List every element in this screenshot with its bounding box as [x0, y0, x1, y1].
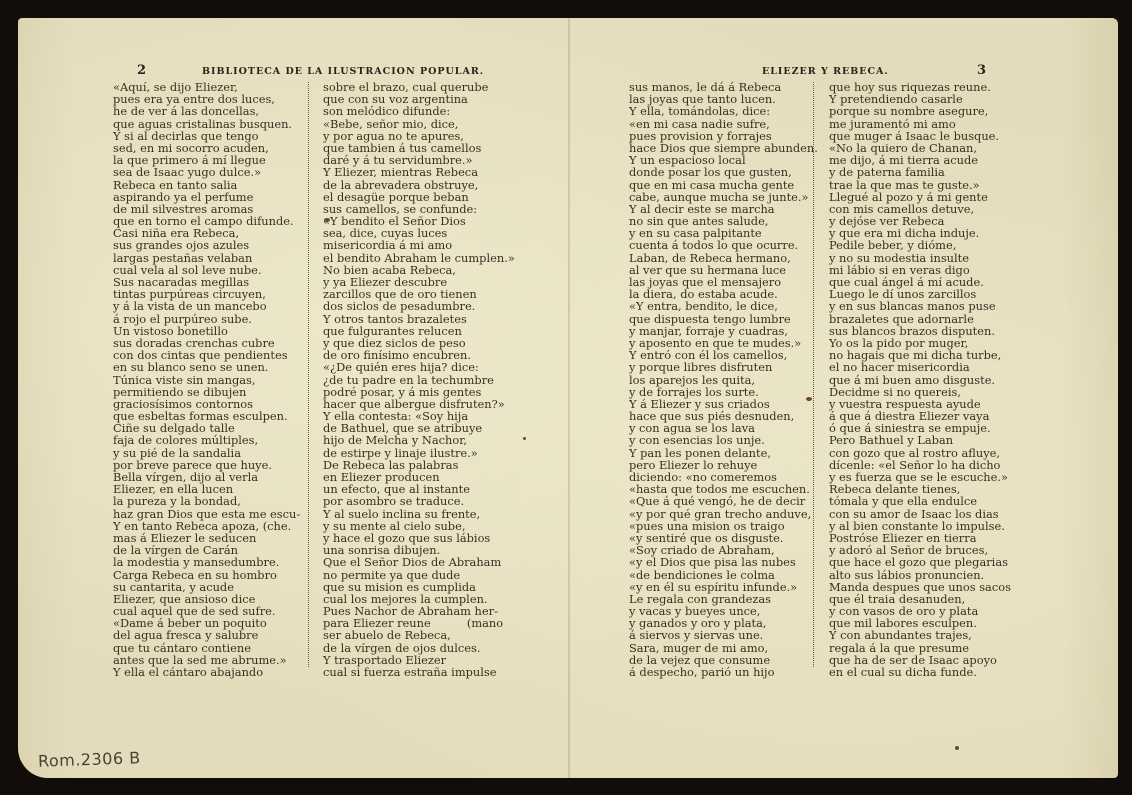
verse-line: del agua fresca y salubre: [113, 629, 300, 641]
ink-spot: [324, 218, 330, 222]
verse-line: haz gran Dios que esta me escu-: [113, 508, 300, 520]
verse-line: no permite ya que dude: [323, 569, 515, 581]
verse-line: «¿De quién eres hija? dice:: [323, 361, 515, 373]
verse-line: y no su modestia insulte: [829, 252, 1011, 264]
verse-line: Y Eliezer, mientras Rebeca: [323, 166, 515, 178]
ink-spot: [523, 437, 526, 440]
verse-line: Y pan les ponen delante,: [629, 447, 818, 459]
verse-line: con gozo que al rostro afluye,: [829, 447, 1011, 459]
verse-line: de estirpe y linaje ilustre.»: [323, 447, 515, 459]
verse-line: faja de colores múltiples,: [113, 434, 300, 446]
right-page-column-2: que hoy sus riquezas reune.Y pretendiend…: [829, 81, 1011, 678]
verse-line: alto sus lábios pronuncien.: [829, 569, 1011, 581]
verse-line: sea de Isaac yugo dulce.»: [113, 166, 300, 178]
verse-line: Y al suelo inclina su frente,: [323, 508, 515, 520]
verse-line: «Que á qué vengó, he de decir: [629, 495, 818, 507]
verse-line: á despecho, parió un hijo: [629, 666, 818, 678]
verse-line: cuenta á todos lo que ocurre.: [629, 239, 818, 251]
verse-line: sus grandes ojos azules: [113, 239, 300, 251]
verse-line: son melódico difunde:: [323, 105, 515, 117]
verse-line: los aparejos les quita,: [629, 374, 818, 386]
verse-line: donde posar los que gusten,: [629, 166, 818, 178]
verse-line: y porque libres disfruten: [629, 361, 818, 373]
verse-line: Y con abundantes trajes,: [829, 629, 1011, 641]
verse-line: y á la vista de un mancebo: [113, 300, 300, 312]
left-page-number: 2: [137, 63, 146, 78]
verse-line: que á mi buen amo disguste.: [829, 374, 1011, 386]
verse-line: y con esencias los unje.: [629, 434, 818, 446]
verse-line: Rebeca en tanto salia: [113, 179, 300, 191]
verse-line: «en mi casa nadie sufre,: [629, 118, 818, 130]
ink-spot: [806, 397, 812, 401]
verse-line: porque su nombre asegure,: [829, 105, 1011, 117]
verse-line: y su pié de la sandalia: [113, 447, 300, 459]
verse-line: en su blanco seno se unen.: [113, 361, 300, 373]
verse-line: regala á la que presume: [829, 642, 1011, 654]
verse-line: «de bendiciones le colma: [629, 569, 818, 581]
verse-line: hijo de Melcha y Nachor,: [323, 434, 515, 446]
verse-line: he de ver á las doncellas,: [113, 105, 300, 117]
verse-line: largas pestañas velaban: [113, 252, 300, 264]
verse-line: y en sus blancas manos puse: [829, 300, 1011, 312]
verse-line: de la abrevadera obstruye,: [323, 179, 515, 191]
right-page-column-1: sus manos, le dá á Rebecalas joyas que t…: [629, 81, 818, 678]
verse-line: que aguas cristalinas busquen.: [113, 118, 300, 130]
verse-line: Que el Señor Dios de Abraham: [323, 556, 515, 568]
center-fold: [568, 18, 570, 778]
verse-line: que hace el gozo que plegarias: [829, 556, 1011, 568]
left-running-header: BIBLIOTECA DE LA ILUSTRACION POPULAR.: [202, 66, 484, 77]
verse-line: «y el Dios que pisa las nubes: [629, 556, 818, 568]
verse-line: Túnica viste sin mangas,: [113, 374, 300, 386]
verse-line: Pero Bathuel y Laban: [829, 434, 1011, 446]
column-rule-left: [308, 82, 309, 667]
verse-line: tómala y que ella endulce: [829, 495, 1011, 507]
verse-line: y de paterna familia: [829, 166, 1011, 178]
verse-line: Laban, de Rebeca hermano,: [629, 252, 818, 264]
ink-spot: [955, 746, 959, 750]
verse-line: trae la que mas te guste.»: [829, 179, 1011, 191]
verse-line: el bendito Abraham le cumplen.»: [323, 252, 515, 264]
shelfmark-annotation: Rom.2306 B: [38, 748, 141, 771]
verse-line: me juramentó mi amo: [829, 118, 1011, 130]
right-running-header: ELIEZER Y REBECA.: [762, 66, 889, 77]
verse-line: á siervos y siervas une.: [629, 629, 818, 641]
verse-line: brazaletes que adornarle: [829, 313, 1011, 325]
verse-line: con su amor de Isaac los dias: [829, 508, 1011, 520]
verse-line: cual si fuerza estraña impulse: [323, 666, 515, 678]
column-rule-right: [813, 82, 814, 667]
verse-line: por asombro se traduce.: [323, 495, 515, 507]
verse-line: de la vírgen de ojos dulces.: [323, 642, 515, 654]
verse-line: que tu cántaro contiene: [113, 642, 300, 654]
verse-line: en el cual su dicha funde.: [829, 666, 1011, 678]
left-page-column-2: sobre el brazo, cual querubeque con su v…: [323, 81, 515, 678]
verse-line: ¿de tu padre en la techumbre: [323, 374, 515, 386]
verse-line: á rojo el purpúreo sube.: [113, 313, 300, 325]
verse-line: «y por qué gran trecho anduve,: [629, 508, 818, 520]
verse-line: el no hacer misericordia: [829, 361, 1011, 373]
verse-line: ser abuelo de Rebeca,: [323, 629, 515, 641]
right-page-number: 3: [977, 63, 986, 78]
verse-line: «Y entra, bendito, le dice,: [629, 300, 818, 312]
verse-line: Y otros tantos brazaletes: [323, 313, 515, 325]
verse-line: la modestia y mansedumbre.: [113, 556, 300, 568]
verse-line: Y ella el cántaro abajando: [113, 666, 300, 678]
verse-line: Carga Rebeca en su hombro: [113, 569, 300, 581]
verse-line: la pureza y la bondad,: [113, 495, 300, 507]
left-page-column-1: «Aquí, se dijo Eliezer,pues era ya entre…: [113, 81, 300, 678]
verse-line: Sara, muger de mi amo,: [629, 642, 818, 654]
verse-line: que dispuesta tengo lumbre: [629, 313, 818, 325]
verse-line: «Bebe, señor mio, dice,: [323, 118, 515, 130]
verse-line: dos siclos de pesadumbre.: [323, 300, 515, 312]
verse-line: misericordia á mi amo: [323, 239, 515, 251]
verse-line: Pedile beber, y dióme,: [829, 239, 1011, 251]
verse-line: que en mi casa mucha gente: [629, 179, 818, 191]
verse-line: Y ella, tomándolas, dice:: [629, 105, 818, 117]
